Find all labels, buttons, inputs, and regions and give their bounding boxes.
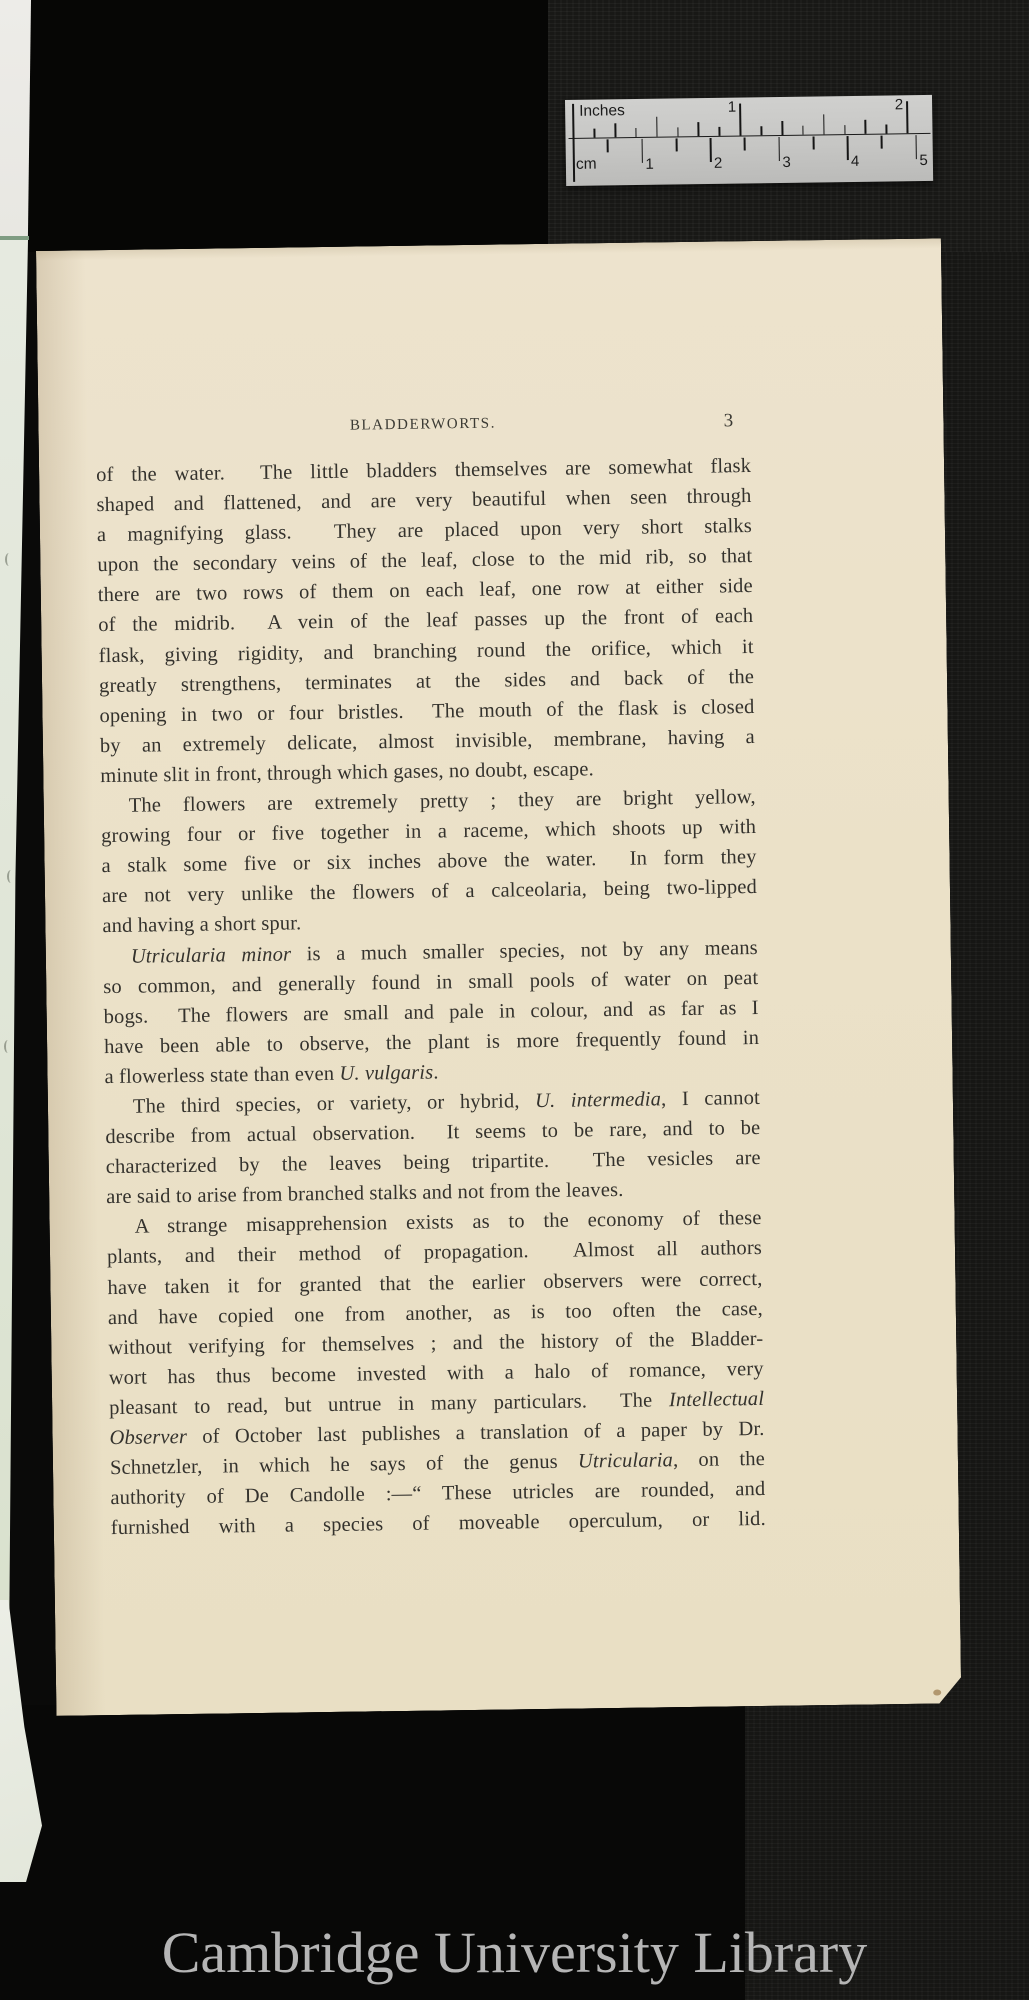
cm-tick — [847, 136, 849, 160]
page-number: 3 — [698, 410, 758, 433]
foxing-speck — [933, 1690, 941, 1696]
inch-tick — [865, 120, 867, 134]
inch-tick — [698, 122, 700, 136]
pen-mark — [7, 870, 15, 883]
cm-tick — [744, 137, 746, 150]
ruler-inch-number: 1 — [718, 99, 736, 116]
library-watermark: Cambridge University Library — [0, 1919, 1029, 1986]
ruler-zero-mark — [572, 104, 575, 182]
ruler-cm-number: 4 — [851, 153, 860, 170]
ruler-cm-number: 5 — [919, 152, 928, 169]
ruler-cm-number: 2 — [714, 155, 723, 172]
facing-page-edge — [0, 240, 28, 1660]
inch-tick — [739, 104, 741, 136]
ruler-divider — [569, 132, 931, 139]
facing-page-edge-line — [0, 236, 29, 240]
inch-tick — [677, 127, 679, 136]
ruler: Inches cm 1212345 — [565, 95, 933, 186]
scanned-book-photo: BLADDERWORTS. 3 of the water. The little… — [0, 0, 1029, 2000]
inch-tick — [760, 126, 762, 135]
ruler-inches-label: Inches — [579, 102, 625, 121]
cm-tick — [675, 138, 677, 151]
running-head: BLADDERWORTS. — [95, 412, 750, 438]
inch-tick — [802, 126, 804, 135]
inch-tick — [656, 117, 658, 137]
inch-tick — [635, 128, 637, 137]
facing-page-edge-top — [0, 0, 31, 239]
page-body: of the water. The little bladders themse… — [96, 451, 766, 1543]
inch-tick — [719, 127, 721, 136]
cm-tick — [812, 136, 814, 149]
inch-tick — [844, 125, 846, 134]
book-page: BLADDERWORTS. 3 of the water. The little… — [36, 238, 961, 1715]
inch-tick — [906, 101, 908, 133]
ruler-cm-label: cm — [576, 156, 597, 174]
ruler-cm-number: 1 — [645, 156, 654, 173]
cm-tick — [641, 138, 643, 162]
cm-tick — [607, 139, 609, 152]
cm-tick — [881, 135, 883, 148]
cm-tick — [710, 137, 712, 161]
inch-tick — [593, 129, 595, 138]
cm-tick — [915, 135, 917, 159]
inch-tick — [781, 121, 783, 135]
inch-tick — [823, 114, 825, 134]
cm-tick — [778, 137, 780, 161]
inch-tick — [614, 123, 616, 137]
pen-mark — [4, 1040, 12, 1053]
ruler-cm-number: 3 — [782, 154, 791, 171]
ruler-inch-number: 2 — [885, 96, 903, 113]
velvet-backdrop-top-left — [0, 0, 560, 252]
pen-mark — [5, 553, 13, 566]
inch-tick — [886, 125, 888, 134]
